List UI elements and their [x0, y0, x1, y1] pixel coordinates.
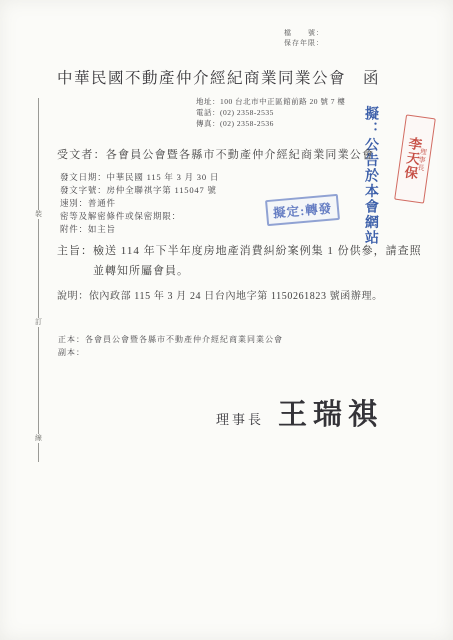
doc-number-line: 發文字號：房仲全聯祺字第 115047 號 [60, 184, 219, 197]
chairman-red-stamp-text: 理事長 李天保 [402, 136, 428, 182]
fax-line: 傳真：(02) 2358-2536 [196, 118, 345, 129]
original-copy-line: 正本：各會員公會暨各縣市不動產仲介經紀商業同業公會 [58, 334, 283, 347]
attachment-line: 附件：如主旨 [60, 223, 219, 236]
explanation-label: 說明： [57, 289, 89, 304]
duplicate-copy-line: 副本： [58, 347, 283, 360]
document-title: 中華民國不動產仲介經紀商業同業公會 函 [57, 66, 402, 88]
phone-line: 電話：(02) 2358-2535 [196, 107, 345, 118]
retention-period-label: 保存年限： [284, 38, 324, 48]
binding-mark-ding: 訂 [32, 318, 45, 327]
explanation-block: 說明： 依內政部 115 年 3 月 24 日台內地字第 1150261823 … [57, 289, 437, 304]
explanation-text: 依內政部 115 年 3 月 24 日台內地字第 1150261823 號函辦理… [89, 289, 437, 304]
binding-mark-xian: 線 [32, 434, 45, 443]
vertical-annotation-note: 擬：公告於本會網站 [360, 106, 380, 256]
subject-text: 檢送 114 年下半年度房地產消費糾紛案例集 1 份供參，請查照並轉知所屬會員。 [93, 242, 429, 281]
issue-date-line: 發文日期：中華民國 115 年 3 月 30 日 [60, 171, 219, 184]
file-label-block: 檔 號： 保存年限： [284, 28, 324, 48]
subject-block: 主旨： 檢送 114 年下半年度房地產消費糾紛案例集 1 份供參，請查照並轉知所… [57, 242, 429, 281]
signature-block: 理事長 王瑞祺 [216, 392, 383, 433]
chairman-red-stamp: 理事長 李天保 [394, 114, 436, 203]
address-line: 地址：100 台北市中正區館前路 20 號 7 樓 [196, 96, 345, 107]
metadata-block: 發文日期：中華民國 115 年 3 月 30 日 發文字號：房仲全聯祺字第 11… [60, 171, 219, 236]
signature-title: 理事長 [216, 409, 264, 428]
binding-mark-zhuang: 裝 [32, 210, 45, 219]
official-letter-page: 裝 訂 線 檔 號： 保存年限： 中華民國不動產仲介經紀商業同業公會 函 地址：… [0, 0, 453, 640]
contact-block: 地址：100 台北市中正區館前路 20 號 7 樓 電話：(02) 2358-2… [196, 96, 345, 129]
subject-label: 主旨： [57, 242, 93, 281]
approval-blue-stamp: 擬定:轉發 [265, 194, 340, 226]
signature-name: 王瑞祺 [278, 392, 383, 433]
speed-line: 速別：普通件 [60, 197, 219, 210]
file-number-label: 檔 號： [284, 28, 324, 38]
binding-line [38, 98, 39, 462]
recipient-line: 受文者：各會員公會暨各縣市不動產仲介經紀商業同業公會 [57, 146, 374, 162]
security-line: 密等及解密條件或保密期限： [60, 210, 219, 223]
copies-block: 正本：各會員公會暨各縣市不動產仲介經紀商業同業公會 副本： [58, 334, 283, 359]
